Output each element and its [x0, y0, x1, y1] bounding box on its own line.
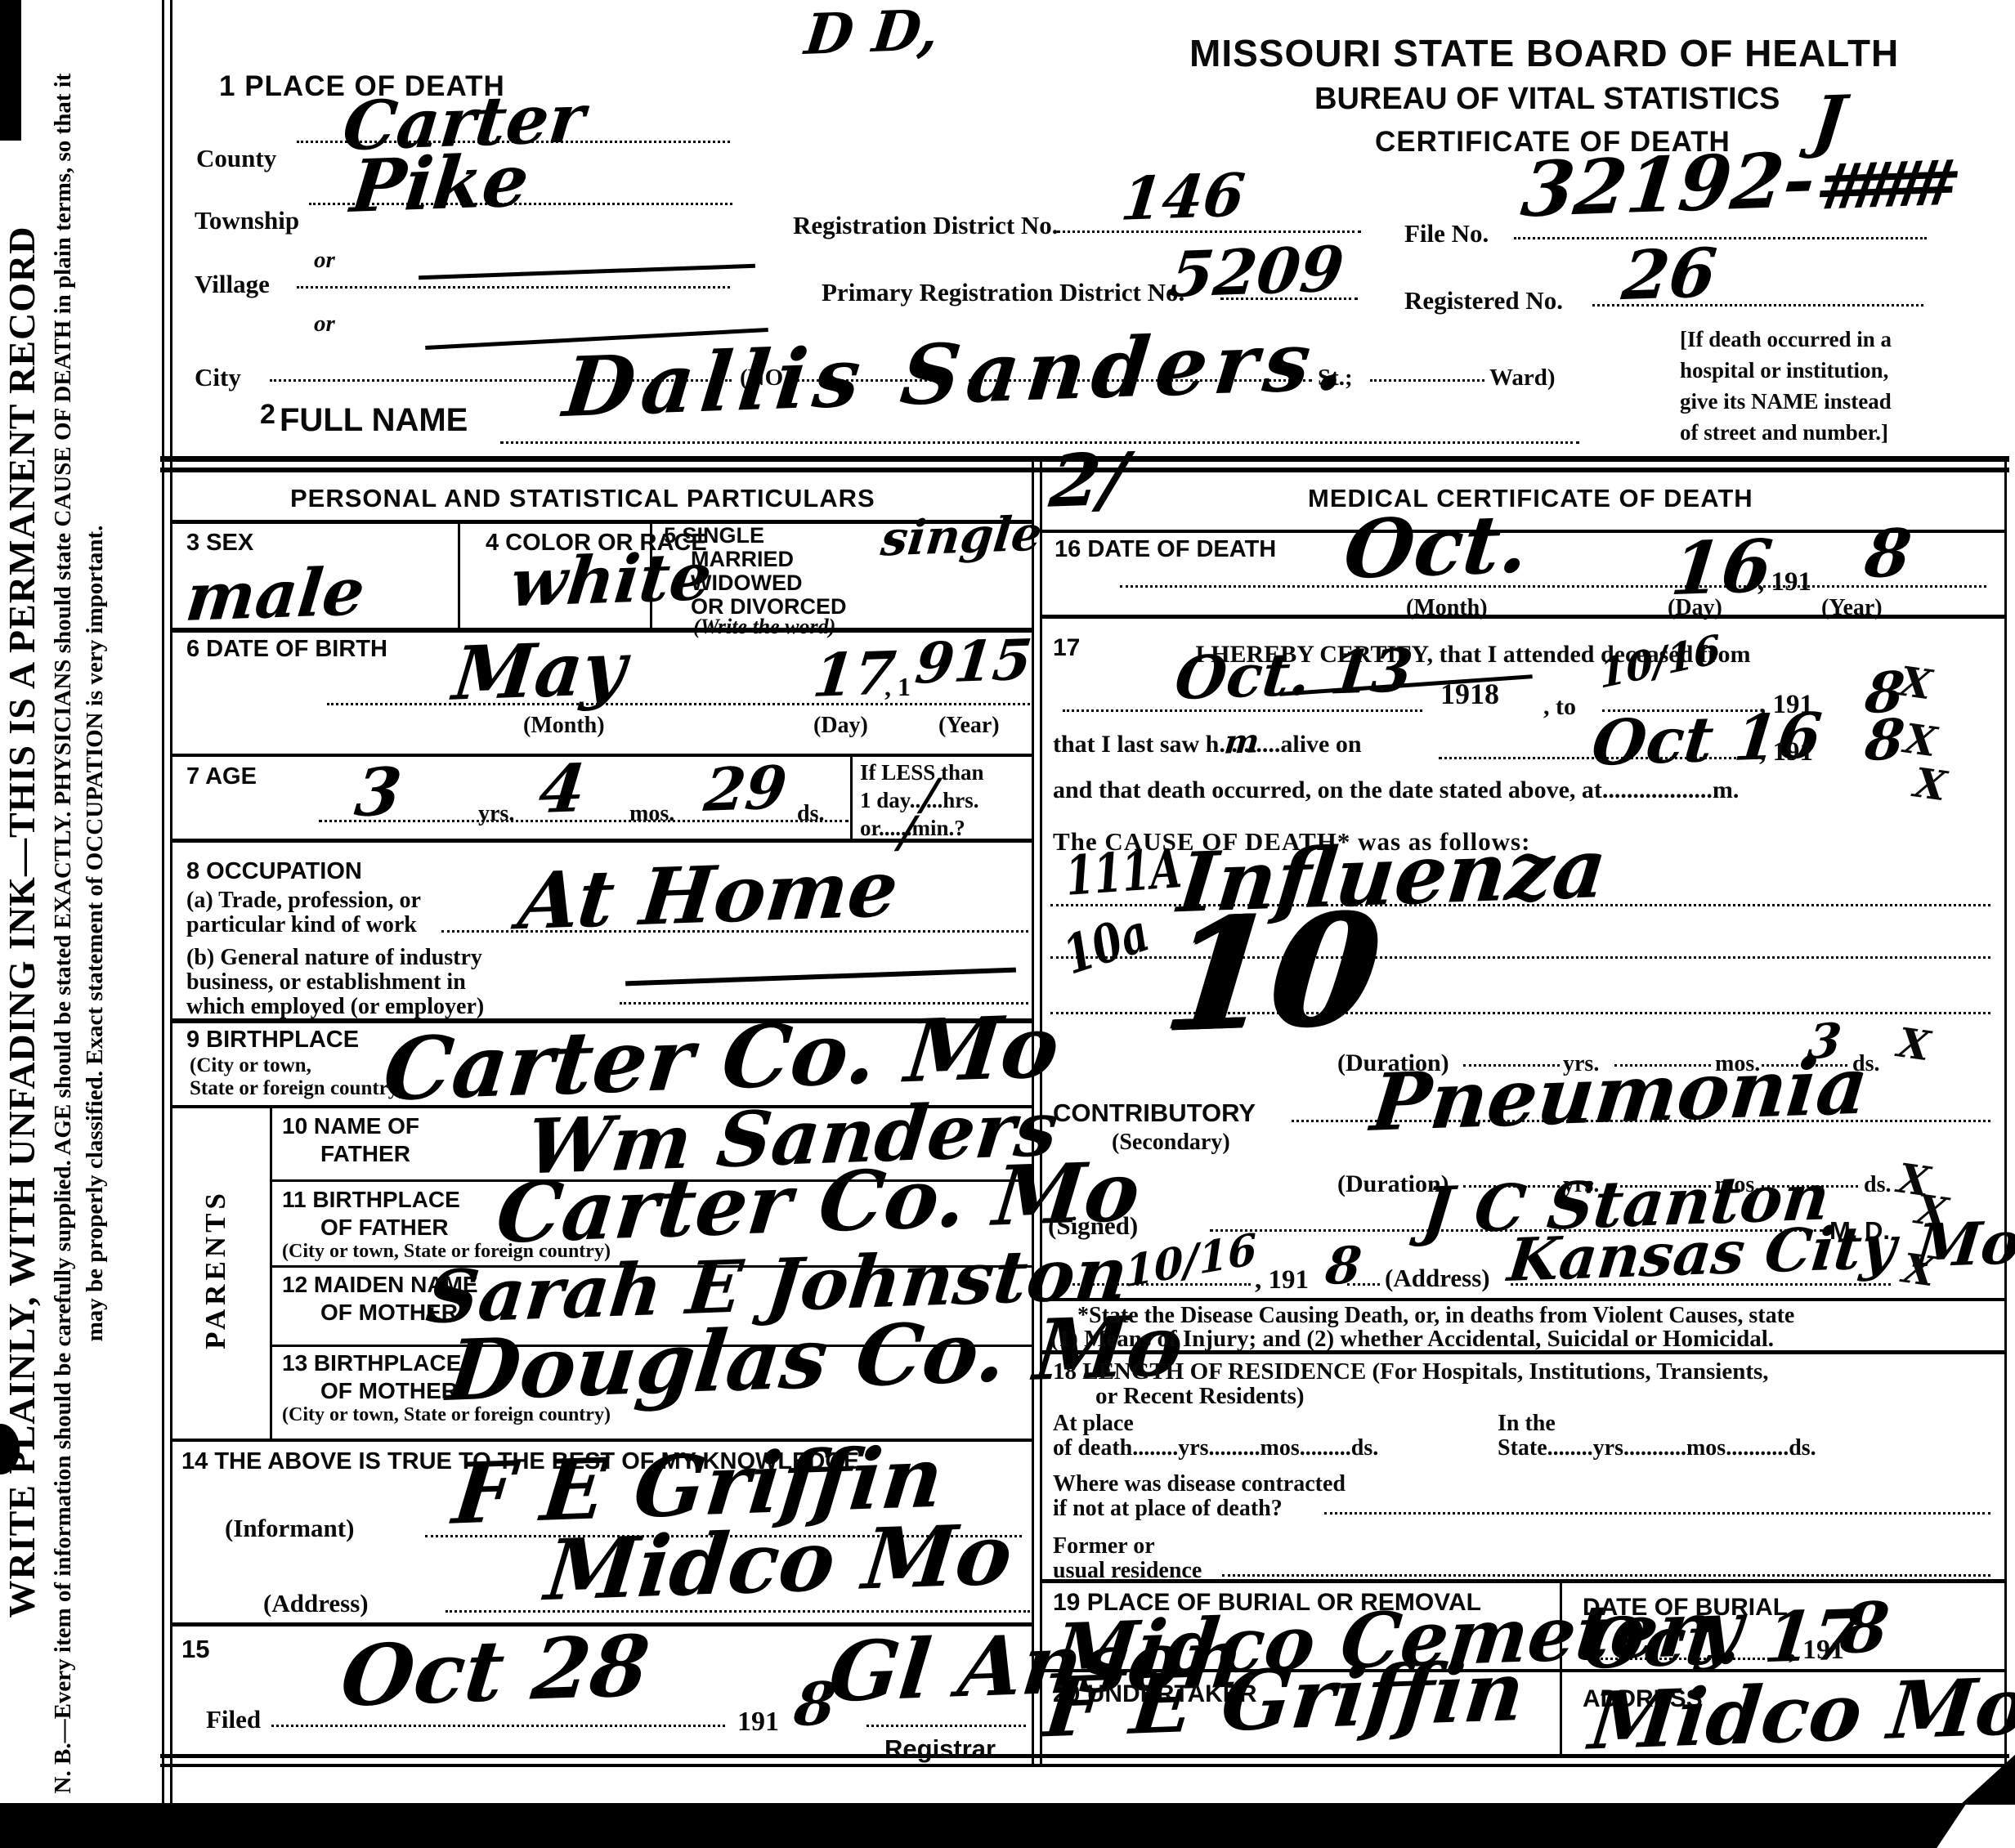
attended-from-value: Oct. 13 — [1172, 635, 1417, 713]
village-line — [297, 286, 730, 289]
filed-year-printed: 191 — [737, 1707, 779, 1738]
burial-cell-divider — [1560, 1581, 1562, 1754]
registrar-label: Registrar — [884, 1734, 996, 1764]
secondary-label: (Secondary) — [1112, 1130, 1230, 1156]
father-name-label2: FATHER — [320, 1141, 410, 1167]
informant-label: (Informant) — [225, 1514, 354, 1543]
bottom-black-bar — [0, 1803, 1995, 1848]
personal-section-title: PERSONAL AND STATISTICAL PARTICULARS — [290, 484, 875, 513]
right-rule-2 — [1040, 615, 2006, 619]
signed-year-line — [1347, 1283, 1380, 1286]
code-10a-annotation: 10a — [1056, 902, 1156, 987]
form-left-border-inner — [170, 0, 172, 1803]
age-line — [319, 820, 849, 822]
dob-year-value: 915 — [912, 627, 1035, 696]
birthplace-sub2: State or foreign country) — [190, 1077, 405, 1100]
board-title: MISSOURI STATE BOARD OF HEALTH — [1189, 31, 1899, 75]
occupation-label: 8 OCCUPATION — [186, 858, 362, 885]
x-mark-4: X — [1895, 1018, 1933, 1071]
occupation-a-line1: (a) Trade, profession, or — [186, 888, 421, 914]
bottom-corner-wedge — [1960, 1754, 2015, 1805]
burial-date-line — [1590, 1658, 1786, 1660]
in-the-line2: State........yrs...........mos..........… — [1498, 1435, 1816, 1461]
former-line1: Former or — [1053, 1533, 1155, 1559]
last-saw-year: 8 — [1862, 707, 1908, 774]
signed-address-line — [1511, 1283, 1891, 1286]
last-saw-m: m — [1223, 722, 1261, 762]
parents-cell-divider — [270, 1107, 272, 1439]
race-value: white — [507, 538, 715, 622]
father-name-label1: 10 NAME OF — [282, 1113, 419, 1139]
file-no-value: 32192- — [1517, 136, 1819, 235]
race-marital-divider — [650, 524, 652, 628]
contracted-line1: Where was disease contracted — [1053, 1471, 1346, 1497]
father-birthplace-label1: 11 BIRTHPLACE — [282, 1187, 460, 1213]
signed-address-label: (Address) — [1385, 1264, 1490, 1293]
village-blank-stroke — [419, 264, 755, 280]
informant-address-line — [446, 1610, 1030, 1613]
attended-from-line — [1063, 709, 1422, 712]
file-no-line — [1514, 237, 1927, 239]
duration2-ds: ds. — [1864, 1172, 1891, 1198]
registered-no-label: Registered No. — [1404, 286, 1563, 315]
mother-birthplace-label1: 13 BIRTHPLACE — [282, 1350, 461, 1376]
dob-month-caption: (Month) — [523, 713, 605, 739]
informant-address-value: Midco Mo — [541, 1506, 1017, 1620]
hospital-note-line3: give its NAME instead — [1680, 389, 1892, 414]
full-name-label: FULL NAME — [280, 402, 468, 439]
marital-label-2: MARRIED — [691, 547, 794, 572]
bureau-title: BUREAU OF VITAL STATISTICS — [1314, 82, 1780, 117]
right-rule-5 — [1040, 1579, 2006, 1583]
birthplace-label: 9 BIRTHPLACE — [186, 1027, 359, 1054]
occupation-b-line2: business, or establishment in — [186, 969, 466, 996]
age-yrs-caption: yrs. — [478, 801, 514, 827]
at-place-line1: At place — [1053, 1411, 1134, 1437]
bottom-rule-2 — [160, 1764, 2009, 1767]
hospital-note-line2: hospital or institution, — [1680, 358, 1888, 383]
occupation-b-line1: (b) General nature of industry — [186, 945, 482, 971]
or-label-2: or — [314, 311, 335, 338]
mother-birthplace-label2: OF MOTHER — [320, 1378, 458, 1404]
footnote-line2: (1) Means of Injury; and (2) whether Acc… — [1050, 1326, 1774, 1353]
margin-nb-text: N. B.—Every item of information should b… — [47, 59, 111, 1808]
undertaker-address-value: Midco Mo — [1585, 1659, 2015, 1767]
burial-year-printed: , 191 — [1789, 1635, 1844, 1666]
township-value: Pike — [347, 137, 533, 229]
dob-year-caption: (Year) — [938, 713, 1000, 739]
age-ds-caption: ds. — [797, 801, 824, 827]
city-label: City — [195, 363, 241, 392]
primary-registration-label: Primary Registration District No. — [822, 278, 1184, 307]
right-border — [2004, 458, 2007, 1764]
certify-number: 17 — [1053, 634, 1080, 662]
dob-line — [327, 703, 1030, 705]
death-certificate-scan: WRITE PLAINLY, WITH UNFADING INK—THIS IS… — [0, 0, 2015, 1848]
filed-label: Filed — [206, 1705, 261, 1734]
former-line — [1222, 1574, 1990, 1577]
village-label: Village — [195, 270, 270, 299]
or-label-1: or — [314, 247, 335, 274]
marital-label-3: WIDOWED — [691, 571, 802, 596]
full-name-number: 2 — [260, 399, 275, 431]
x-mark-1: X — [1896, 657, 1935, 709]
dob-year-printed: , 1 — [884, 672, 911, 702]
right-rule-3 — [1040, 1298, 2006, 1301]
registered-no-value: 26 — [1619, 234, 1720, 315]
death-occurred-statement: and that death occurred, on the date sta… — [1053, 776, 1739, 804]
signed-year-printed: , 191 — [1255, 1265, 1309, 1295]
date-of-death-line — [1120, 585, 1986, 588]
burial-year-value: 8 — [1837, 1586, 1893, 1669]
contributory-line — [1292, 1120, 1990, 1122]
full-name-value: Dallis Sanders. — [559, 311, 1357, 436]
left-rule-4 — [172, 839, 1033, 843]
signed-label: (Signed) — [1048, 1211, 1138, 1241]
city-st-line — [1370, 379, 1484, 382]
less-than-line1: If LESS than — [860, 760, 984, 785]
cause-line-3 — [1050, 1012, 1990, 1014]
undertaker-signature: F E Griffin — [1040, 1643, 1529, 1756]
registration-district-value: 146 — [1118, 159, 1248, 234]
dd-annotation: D D, — [802, 0, 942, 68]
hospital-note-line4: of street and number.] — [1680, 420, 1888, 445]
contributory-value: Pneumonia — [1367, 1039, 1872, 1149]
parents-vertical-label: PARENTS — [199, 1110, 232, 1429]
marital-value: single — [878, 505, 1044, 566]
contracted-line2: if not at place of death? — [1053, 1496, 1283, 1522]
big-10-annotation: 10 — [1158, 879, 1387, 1065]
informant-address-label: (Address) — [263, 1589, 369, 1618]
file-no-label: File No. — [1404, 219, 1489, 248]
age-mos-caption: mos. — [629, 801, 674, 827]
age-ds-value: 29 — [701, 752, 790, 825]
occupation-b-blank-stroke — [625, 968, 1016, 987]
full-name-line — [500, 441, 1579, 444]
date-of-death-month: Oct. — [1340, 497, 1533, 597]
occupation-a-value: At Home — [514, 843, 902, 948]
right-rule-4 — [1040, 1350, 2006, 1354]
left-rule-3 — [172, 754, 1033, 757]
township-label: Township — [195, 206, 299, 235]
less-than-line2: 1 day......hrs. — [860, 788, 979, 813]
hospital-note-line1: [If death occurred in a — [1680, 327, 1892, 352]
date-of-death-label: 16 DATE OF DEATH — [1055, 536, 1276, 563]
x-mark-7: X — [1900, 1244, 1938, 1296]
birthplace-sub1: (City or town, — [190, 1054, 311, 1077]
sex-value: male — [182, 553, 369, 636]
sex-race-divider — [458, 524, 460, 628]
last-saw-line — [1439, 757, 1758, 759]
last-saw-statement: that I last saw h..........alive on — [1053, 731, 1362, 758]
filed-date-value: Oct 28 — [337, 1617, 654, 1726]
filed-number: 15 — [181, 1635, 209, 1664]
x-mark-3: X — [1911, 758, 1950, 811]
attended-to-value: 10/16 — [1598, 626, 1722, 698]
check-annotation: 2/ — [1046, 436, 1131, 524]
registrar-line — [866, 1725, 1026, 1727]
dob-day-caption: (Day) — [813, 713, 868, 739]
date-of-death-year-printed: , 191 — [1758, 567, 1811, 597]
dob-label: 6 DATE OF BIRTH — [186, 636, 387, 663]
contributory-label: CONTRIBUTORY — [1053, 1099, 1256, 1128]
age-mos-value: 4 — [535, 749, 589, 828]
date-of-death-year: 8 — [1861, 514, 1915, 593]
marital-label-1: 5 SINGLE — [664, 523, 764, 548]
signed-date-line — [1059, 1283, 1251, 1286]
form-left-border-outer — [162, 0, 164, 1803]
at-place-line2: of death........yrs.........mos.........… — [1053, 1435, 1378, 1461]
to-label: , to — [1543, 693, 1576, 721]
margin-warning-text: WRITE PLAINLY, WITH UNFADING INK—THIS IS… — [0, 0, 43, 1844]
age-subcell-divider — [850, 757, 853, 839]
contracted-line — [1324, 1512, 1990, 1515]
city-ward-label: Ward) — [1489, 365, 1556, 392]
file-no-struck-value: #### — [1812, 146, 1943, 224]
residence-label-line2: or Recent Residents) — [1095, 1383, 1305, 1410]
occupation-a-line2: particular kind of work — [186, 912, 417, 938]
father-birthplace-label2: OF FATHER — [320, 1215, 449, 1241]
cause-line-2 — [1050, 956, 1990, 959]
in-the-line1: In the — [1498, 1411, 1556, 1437]
county-label: County — [196, 144, 276, 173]
primary-registration-value: 5209 — [1166, 232, 1347, 311]
age-label: 7 AGE — [186, 763, 257, 790]
registration-district-label: Registration District No. — [793, 211, 1059, 240]
residence-label-line1: 18 LENGTH OF RESIDENCE (For Hospitals, I… — [1053, 1358, 1769, 1385]
signed-date-value: 10/16 — [1124, 1224, 1257, 1298]
last-saw-year-printed: , 191 — [1759, 737, 1813, 767]
signed-year-value: 8 — [1323, 1235, 1364, 1296]
sex-label: 3 SEX — [186, 530, 253, 557]
code-111a-annotation: 111A — [1063, 836, 1184, 908]
marital-label-5: (Write the word) — [693, 615, 835, 639]
